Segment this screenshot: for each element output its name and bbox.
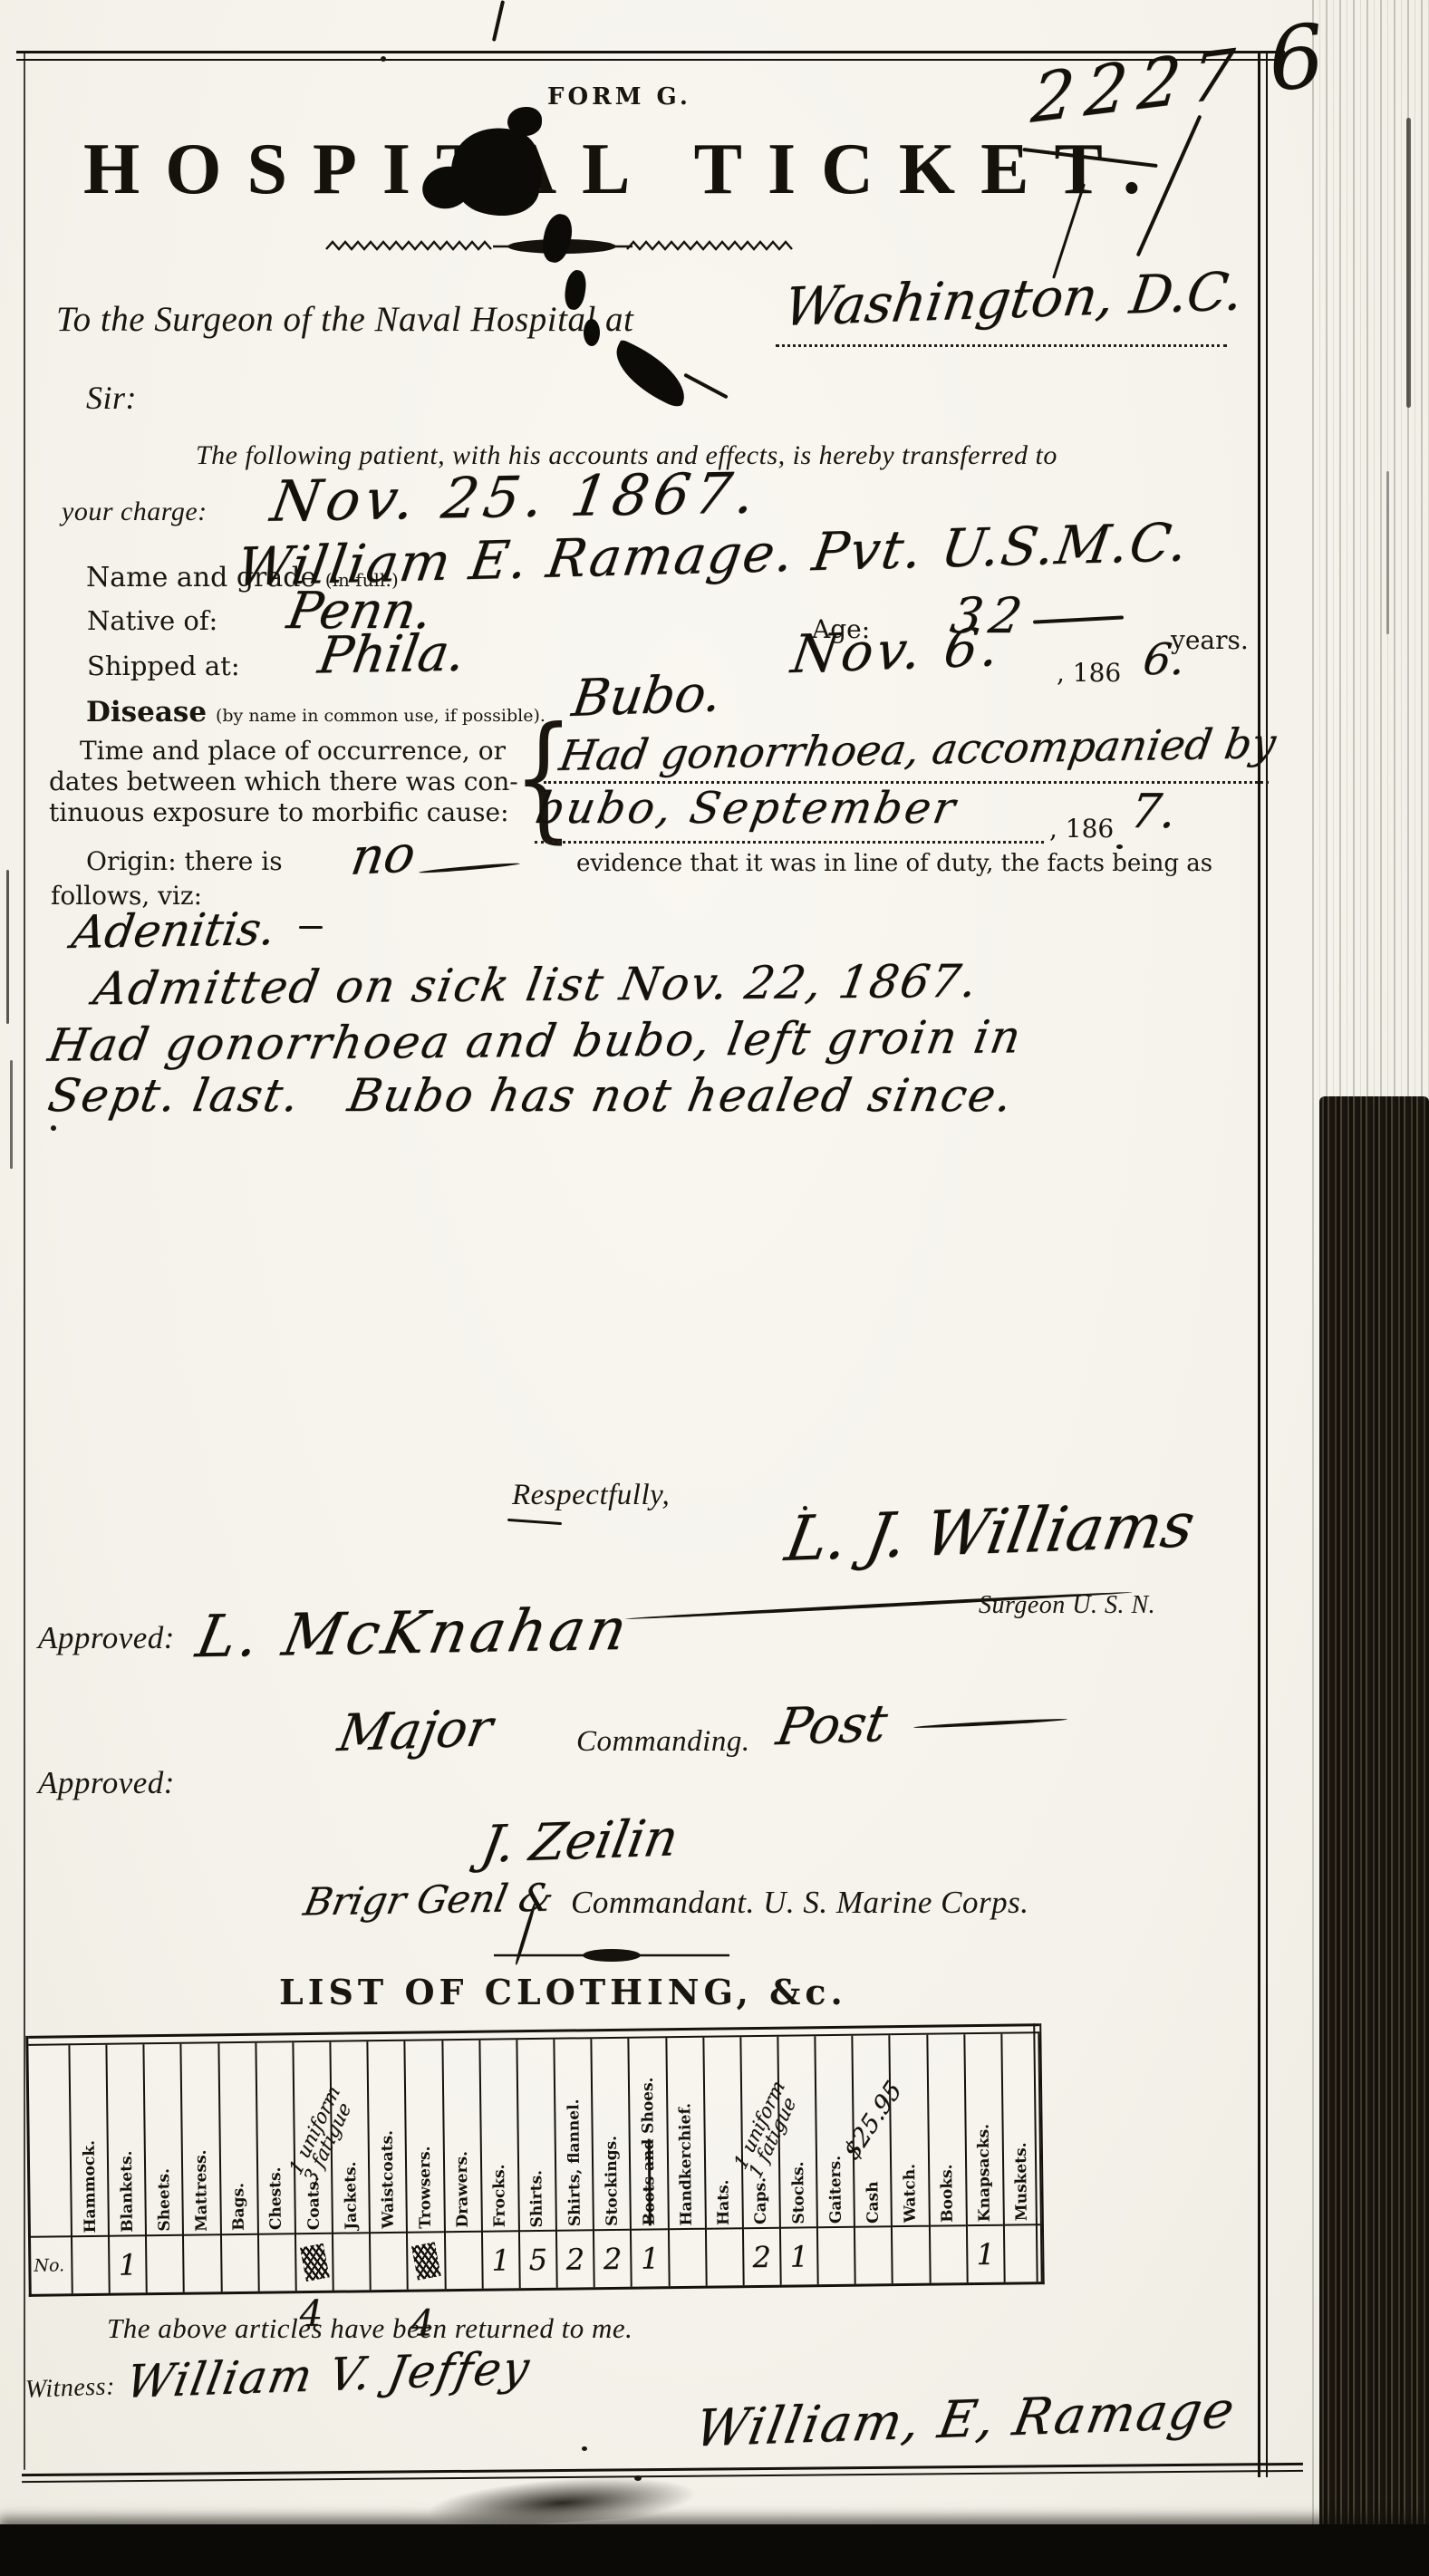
salutation-printed: To the Surgeon of the Naval Hospital at <box>56 299 633 340</box>
clothing-column-books: Books. <box>928 2034 969 2282</box>
ink-blot <box>507 107 542 136</box>
pen-dash <box>299 926 323 929</box>
clothing-cell <box>669 2228 705 2286</box>
clothing-column-header: Knapsacks. <box>965 2034 1003 2224</box>
ink-speck <box>51 1125 56 1131</box>
clothing-column-header: Chests. <box>256 2042 294 2233</box>
occurrence-value-line2: bubo, September <box>532 783 961 834</box>
clothing-cell <box>408 2231 444 2289</box>
occurrence-dotted-line2 <box>535 841 1044 844</box>
approver-rank: Major <box>333 1699 497 1763</box>
clothing-cell: 2 <box>744 2227 780 2285</box>
ink-speck <box>1116 844 1123 849</box>
clothing-column-header: Bags. <box>219 2043 257 2233</box>
margin-mark <box>6 870 9 1024</box>
shipped-date-value: Nov. 6. <box>787 616 1006 685</box>
clothing-column-header: Stockings. <box>593 2039 631 2229</box>
approved-label-2: Approved: <box>38 1765 175 1801</box>
disease-paren: (by name in common use, if possible). <box>216 706 546 726</box>
disease-label-text: Disease <box>86 696 207 728</box>
pen-mark <box>492 0 505 42</box>
clothing-column-header: Frocks. <box>480 2040 518 2230</box>
origin-note-value: Adenitis. <box>68 902 279 959</box>
clothing-cell <box>707 2227 743 2285</box>
case-number-handwritten: 2227 <box>1028 34 1248 139</box>
clothing-column-shirts: Shirts.5 <box>517 2040 558 2288</box>
remarks-line2: Had gonorrhoea and bubo, left groin in <box>44 1010 1026 1071</box>
occurrence-value-line1: Had gonorrhoea, accompanied by <box>556 719 1279 780</box>
clothing-cell <box>333 2232 370 2290</box>
clothing-column-bags: Bags. <box>219 2043 260 2291</box>
disease-label: Disease (by name in common use, if possi… <box>86 696 546 728</box>
patient-signature: William, E, Ramage <box>690 2380 1240 2458</box>
clothing-column-hammock: Hammock. <box>70 2045 111 2293</box>
ink-speck <box>381 56 386 62</box>
clothing-cell <box>371 2232 407 2290</box>
commandant-rank: Brigr Genl & <box>300 1876 557 1925</box>
age-dash <box>1033 615 1124 623</box>
clothing-column-mattress: Mattress. <box>182 2043 223 2291</box>
ink-speck <box>634 2475 642 2481</box>
scratched-out-number <box>300 2243 330 2282</box>
occurrence-year-printed: , 186 <box>1049 814 1114 844</box>
clothing-cell: 1 <box>483 2230 519 2288</box>
no-column-header <box>28 2045 71 2236</box>
commandant-title: Commandant. U. S. Marine Corps. <box>571 1885 1029 1921</box>
occurrence-year-hand: 7. <box>1127 785 1180 839</box>
returned-note: The above articles have been returned to… <box>107 2312 632 2345</box>
margin-mark <box>10 1060 13 1169</box>
occurrence-label-line3: tinuous exposure to morbific cause: <box>49 797 509 827</box>
surgeon-title: Surgeon U. S. N. <box>979 1591 1155 1620</box>
commandant-signature: J. Zeilin <box>477 1809 682 1875</box>
transfer-date-value: Nov. 25. 1867. <box>266 459 765 535</box>
location-dotted-line <box>776 344 1227 347</box>
clothing-cell: 1 <box>968 2224 1004 2282</box>
clothing-cell <box>147 2234 183 2292</box>
clothing-cell <box>72 2235 109 2293</box>
witness-label: Witness: <box>24 2372 115 2404</box>
clothing-cell <box>931 2224 967 2282</box>
clothing-column-header: Hats. <box>704 2037 742 2227</box>
clothing-cell: 1 <box>632 2228 668 2286</box>
hospital-ticket-document: FORM G. 2227 6 HOSPITAL TICKET. To the S… <box>0 0 1429 2576</box>
clothing-cell: 1 <box>781 2226 817 2284</box>
clothing-cell <box>222 2233 258 2291</box>
clothing-column-watch: Watch. <box>891 2035 932 2283</box>
shipped-at-label: Shipped at: <box>87 651 240 681</box>
clothing-cell <box>259 2233 295 2291</box>
binding-streak <box>1386 471 1389 634</box>
clothing-cell <box>296 2233 333 2291</box>
shipped-at-value: Phila. <box>314 624 469 686</box>
clothing-column-blankets: Blankets.1 <box>108 2044 149 2292</box>
approved-label-1: Approved: <box>38 1620 175 1656</box>
clothing-cell: 2 <box>594 2229 631 2287</box>
occurrence-label-line2: dates between which there was con- <box>49 767 518 796</box>
clothing-cell <box>446 2231 482 2289</box>
clothing-column-header: Boots and Shoes. <box>630 2038 668 2228</box>
clothing-column-drawers: Drawers. <box>443 2041 484 2289</box>
clothing-column-header: Waistcoats. <box>369 2041 407 2232</box>
respectfully-label: Respectfully, <box>512 1479 670 1512</box>
bottom-scan-band <box>0 2524 1429 2576</box>
clothing-column-header: Blankets. <box>108 2044 146 2234</box>
clothing-column-header: Drawers. <box>443 2041 481 2231</box>
clothing-column-handkerchief: Handkerchief. <box>667 2038 708 2286</box>
ink-drip <box>584 319 600 346</box>
origin-swash <box>419 862 520 874</box>
clothing-list-heading: LIST OF CLOTHING, &c. <box>279 1972 847 2012</box>
clothing-column-jackets: Jackets. <box>331 2041 372 2290</box>
clothing-column-trowsers: Trowsers. <box>406 2041 447 2289</box>
clothing-column-header: Trowsers. <box>406 2041 444 2231</box>
small-decorative-rule <box>494 1946 729 1964</box>
clothing-cell <box>893 2225 929 2283</box>
origin-label-end: evidence that it was in line of duty, th… <box>576 850 1212 877</box>
clothing-column-stocks: Stocks.1 <box>778 2036 819 2284</box>
case-number-edge-digit: 6 <box>1264 5 1328 111</box>
clothing-column-header: Sheets. <box>145 2044 183 2234</box>
clothing-column-sheets: Sheets. <box>145 2044 186 2292</box>
remarks-line3: Sept. last. Bubo has not healed since. <box>44 1069 1018 1122</box>
clothing-column-header: Shirts. <box>517 2040 555 2230</box>
clothing-column-header: Mattress. <box>182 2043 220 2233</box>
transfer-paragraph-line2: your charge: <box>62 497 208 527</box>
clothing-column-boots-and-shoes: Boots and Shoes.1 <box>630 2038 671 2286</box>
frame-right-border <box>1258 53 1268 2477</box>
shipped-year-printed: , 186 <box>1057 658 1121 688</box>
binding-streak <box>1406 118 1411 408</box>
clothing-cell <box>855 2225 892 2283</box>
clothing-cell: 5 <box>520 2230 556 2288</box>
clothing-cell: 2 <box>557 2229 594 2287</box>
remarks-line1: Admitted on sick list Nov. 22, 1867. <box>90 955 982 1016</box>
scratched-out-number <box>411 2242 441 2280</box>
clothing-cell: 1 <box>110 2234 146 2292</box>
surgeon-signature: L. J. Williams <box>780 1490 1200 1576</box>
witness-signature: William V. Jeffey <box>122 2341 535 2408</box>
ink-smear <box>425 2470 700 2533</box>
clothing-column-header: Handkerchief. <box>667 2038 705 2228</box>
native-of-label: Native of: <box>87 605 217 636</box>
clothing-column-header: Hammock. <box>70 2045 108 2235</box>
clothing-column-header: Shirts, flannel. <box>555 2039 593 2229</box>
clothing-column-stockings: Stockings.2 <box>593 2039 633 2287</box>
clothing-column-shirts-flannel: Shirts, flannel.2 <box>555 2039 595 2287</box>
commanding-value: Post <box>772 1694 892 1758</box>
respectfully-underline <box>507 1519 562 1525</box>
binding-edge-dark <box>1319 1096 1429 2564</box>
shipped-year-hand: 6. <box>1140 634 1189 685</box>
ink-splash <box>604 339 696 410</box>
origin-label-start: Origin: there is <box>86 846 283 876</box>
clothing-cell <box>184 2233 220 2291</box>
post-dash <box>913 1718 1067 1730</box>
clothing-column-knapsacks: Knapsacks.1 <box>965 2034 1006 2282</box>
approver-signature: L. McKnahan <box>191 1597 636 1672</box>
origin-value: no <box>347 825 420 887</box>
frame-left-border <box>24 53 25 2470</box>
ink-speck <box>582 2446 587 2451</box>
hospital-location-value: Washington, D.C. <box>780 260 1247 338</box>
clothing-column-gaiters: Gaiters. <box>816 2036 856 2284</box>
commanding-label: Commanding. <box>576 1725 750 1759</box>
document-title: HOSPITAL TICKET. <box>83 129 1166 211</box>
ink-speck <box>803 1506 807 1510</box>
no-column: No. <box>28 2045 72 2294</box>
form-number-label: FORM G. <box>547 83 691 111</box>
clothing-column-frocks: Frocks.1 <box>480 2040 521 2288</box>
clothing-cell <box>818 2226 855 2284</box>
clothing-table: No. Hammock.Blankets.1Sheets.Mattress.Ba… <box>25 2023 1044 2297</box>
no-label: No. <box>31 2235 72 2294</box>
clothing-column-header: Books. <box>928 2034 966 2224</box>
clothing-column-waistcoats: Waistcoats. <box>369 2041 410 2290</box>
sir-label: Sir: <box>86 379 137 417</box>
ink-splash-tail <box>683 373 729 400</box>
occurrence-label-line1: Time and place of occurrence, or <box>80 736 506 766</box>
clothing-column-header: Watch. <box>891 2035 929 2225</box>
disease-value: Bubo. <box>568 664 725 728</box>
